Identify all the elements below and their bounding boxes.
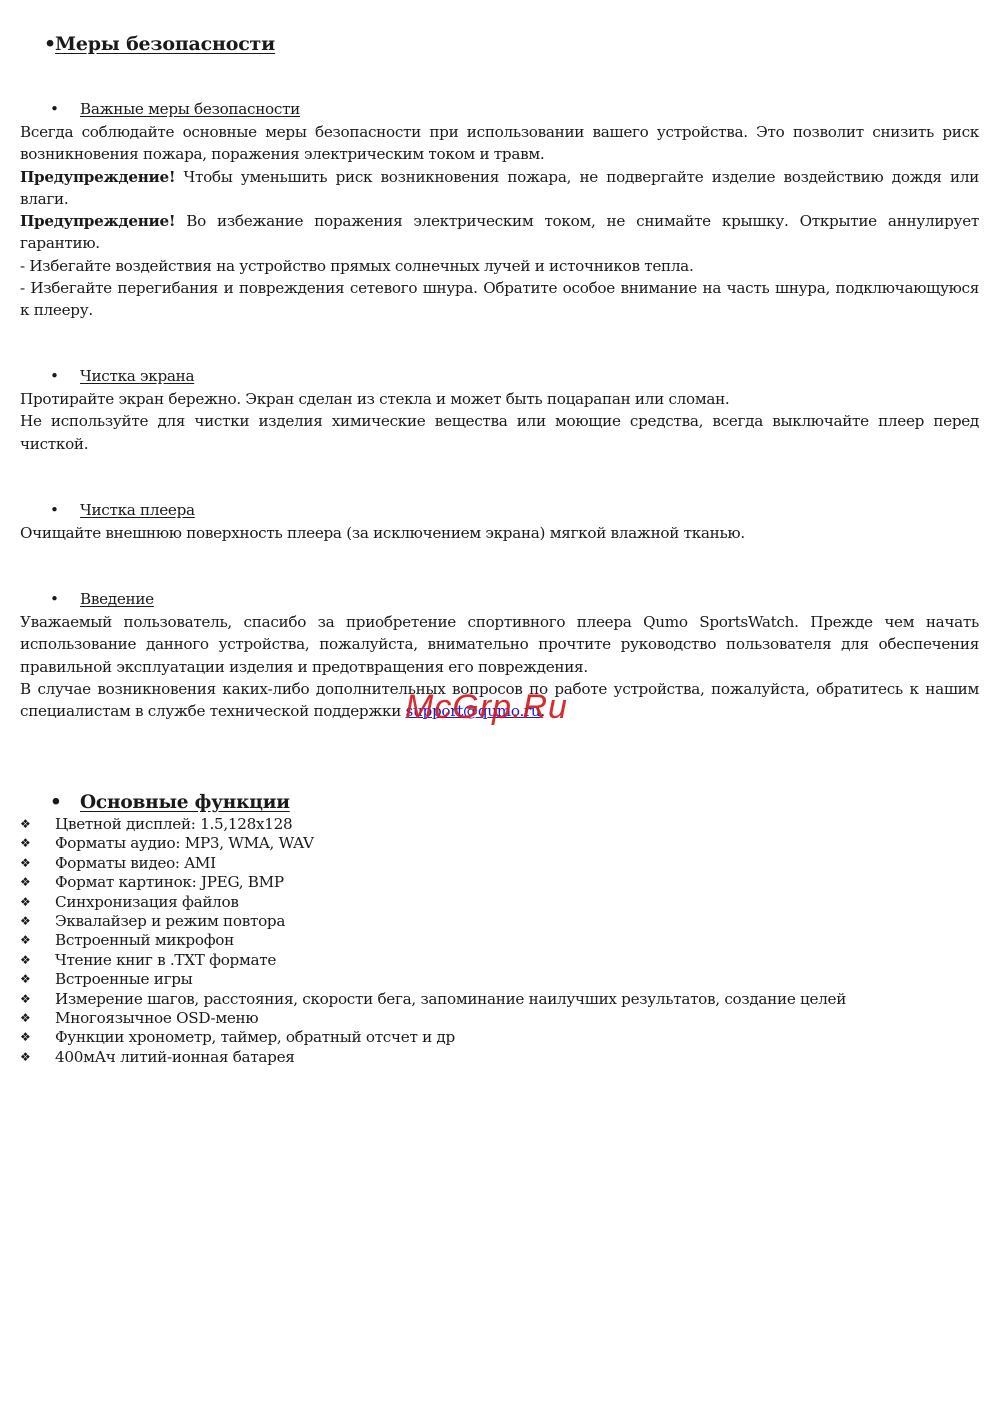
warning-2: Предупреждение! Во избежание поражения э…	[20, 210, 979, 255]
player-cleaning-text: Очищайте внешнюю поверхность плеера (за …	[20, 522, 979, 544]
diamond-bullet-icon: ❖	[20, 970, 30, 989]
screen-cleaning-text: Протирайте экран бережно. Экран сделан и…	[20, 388, 979, 455]
diamond-bullet-icon: ❖	[20, 873, 30, 892]
diamond-bullet-icon: ❖	[20, 854, 30, 873]
diamond-bullet-icon: ❖	[20, 893, 30, 912]
section-title-text: Меры безопасности	[55, 33, 275, 55]
bullet-icon: •	[50, 367, 59, 385]
bullet-icon: •	[50, 792, 62, 813]
intro-paragraph: Всегда соблюдайте основные меры безопасн…	[20, 121, 979, 166]
bullet-icon: •	[50, 100, 59, 118]
diamond-bullet-icon: ❖	[20, 931, 30, 950]
diamond-bullet-icon: ❖	[20, 1009, 30, 1028]
warning-1: Предупреждение! Чтобы уменьшить риск воз…	[20, 166, 979, 211]
tip-2: - Избегайте перегибания и повреждения се…	[20, 277, 979, 322]
diamond-bullet-icon: ❖	[20, 815, 30, 834]
diamond-bullet-icon: ❖	[20, 990, 30, 1009]
bullet-icon: •	[44, 33, 55, 55]
diamond-bullet-icon: ❖	[20, 1048, 30, 1067]
section-title-safety: •Меры безопасности	[44, 33, 275, 55]
diamond-bullet-icon: ❖	[20, 912, 30, 931]
support-email-link[interactable]: support@qumo.ru	[406, 702, 541, 720]
bullet-icon: •	[50, 501, 59, 519]
diamond-bullet-icon: ❖	[20, 834, 30, 853]
important-safety-text: Всегда соблюдайте основные меры безопасн…	[20, 121, 979, 322]
diamond-bullet-icon: ❖	[20, 1028, 30, 1047]
tip-1: - Избегайте воздействия на устройство пр…	[20, 255, 979, 277]
introduction-text: Уважаемый пользователь, спасибо за приоб…	[20, 611, 979, 722]
diamond-bullet-icon: ❖	[20, 951, 30, 970]
bullet-icon: •	[50, 590, 59, 608]
